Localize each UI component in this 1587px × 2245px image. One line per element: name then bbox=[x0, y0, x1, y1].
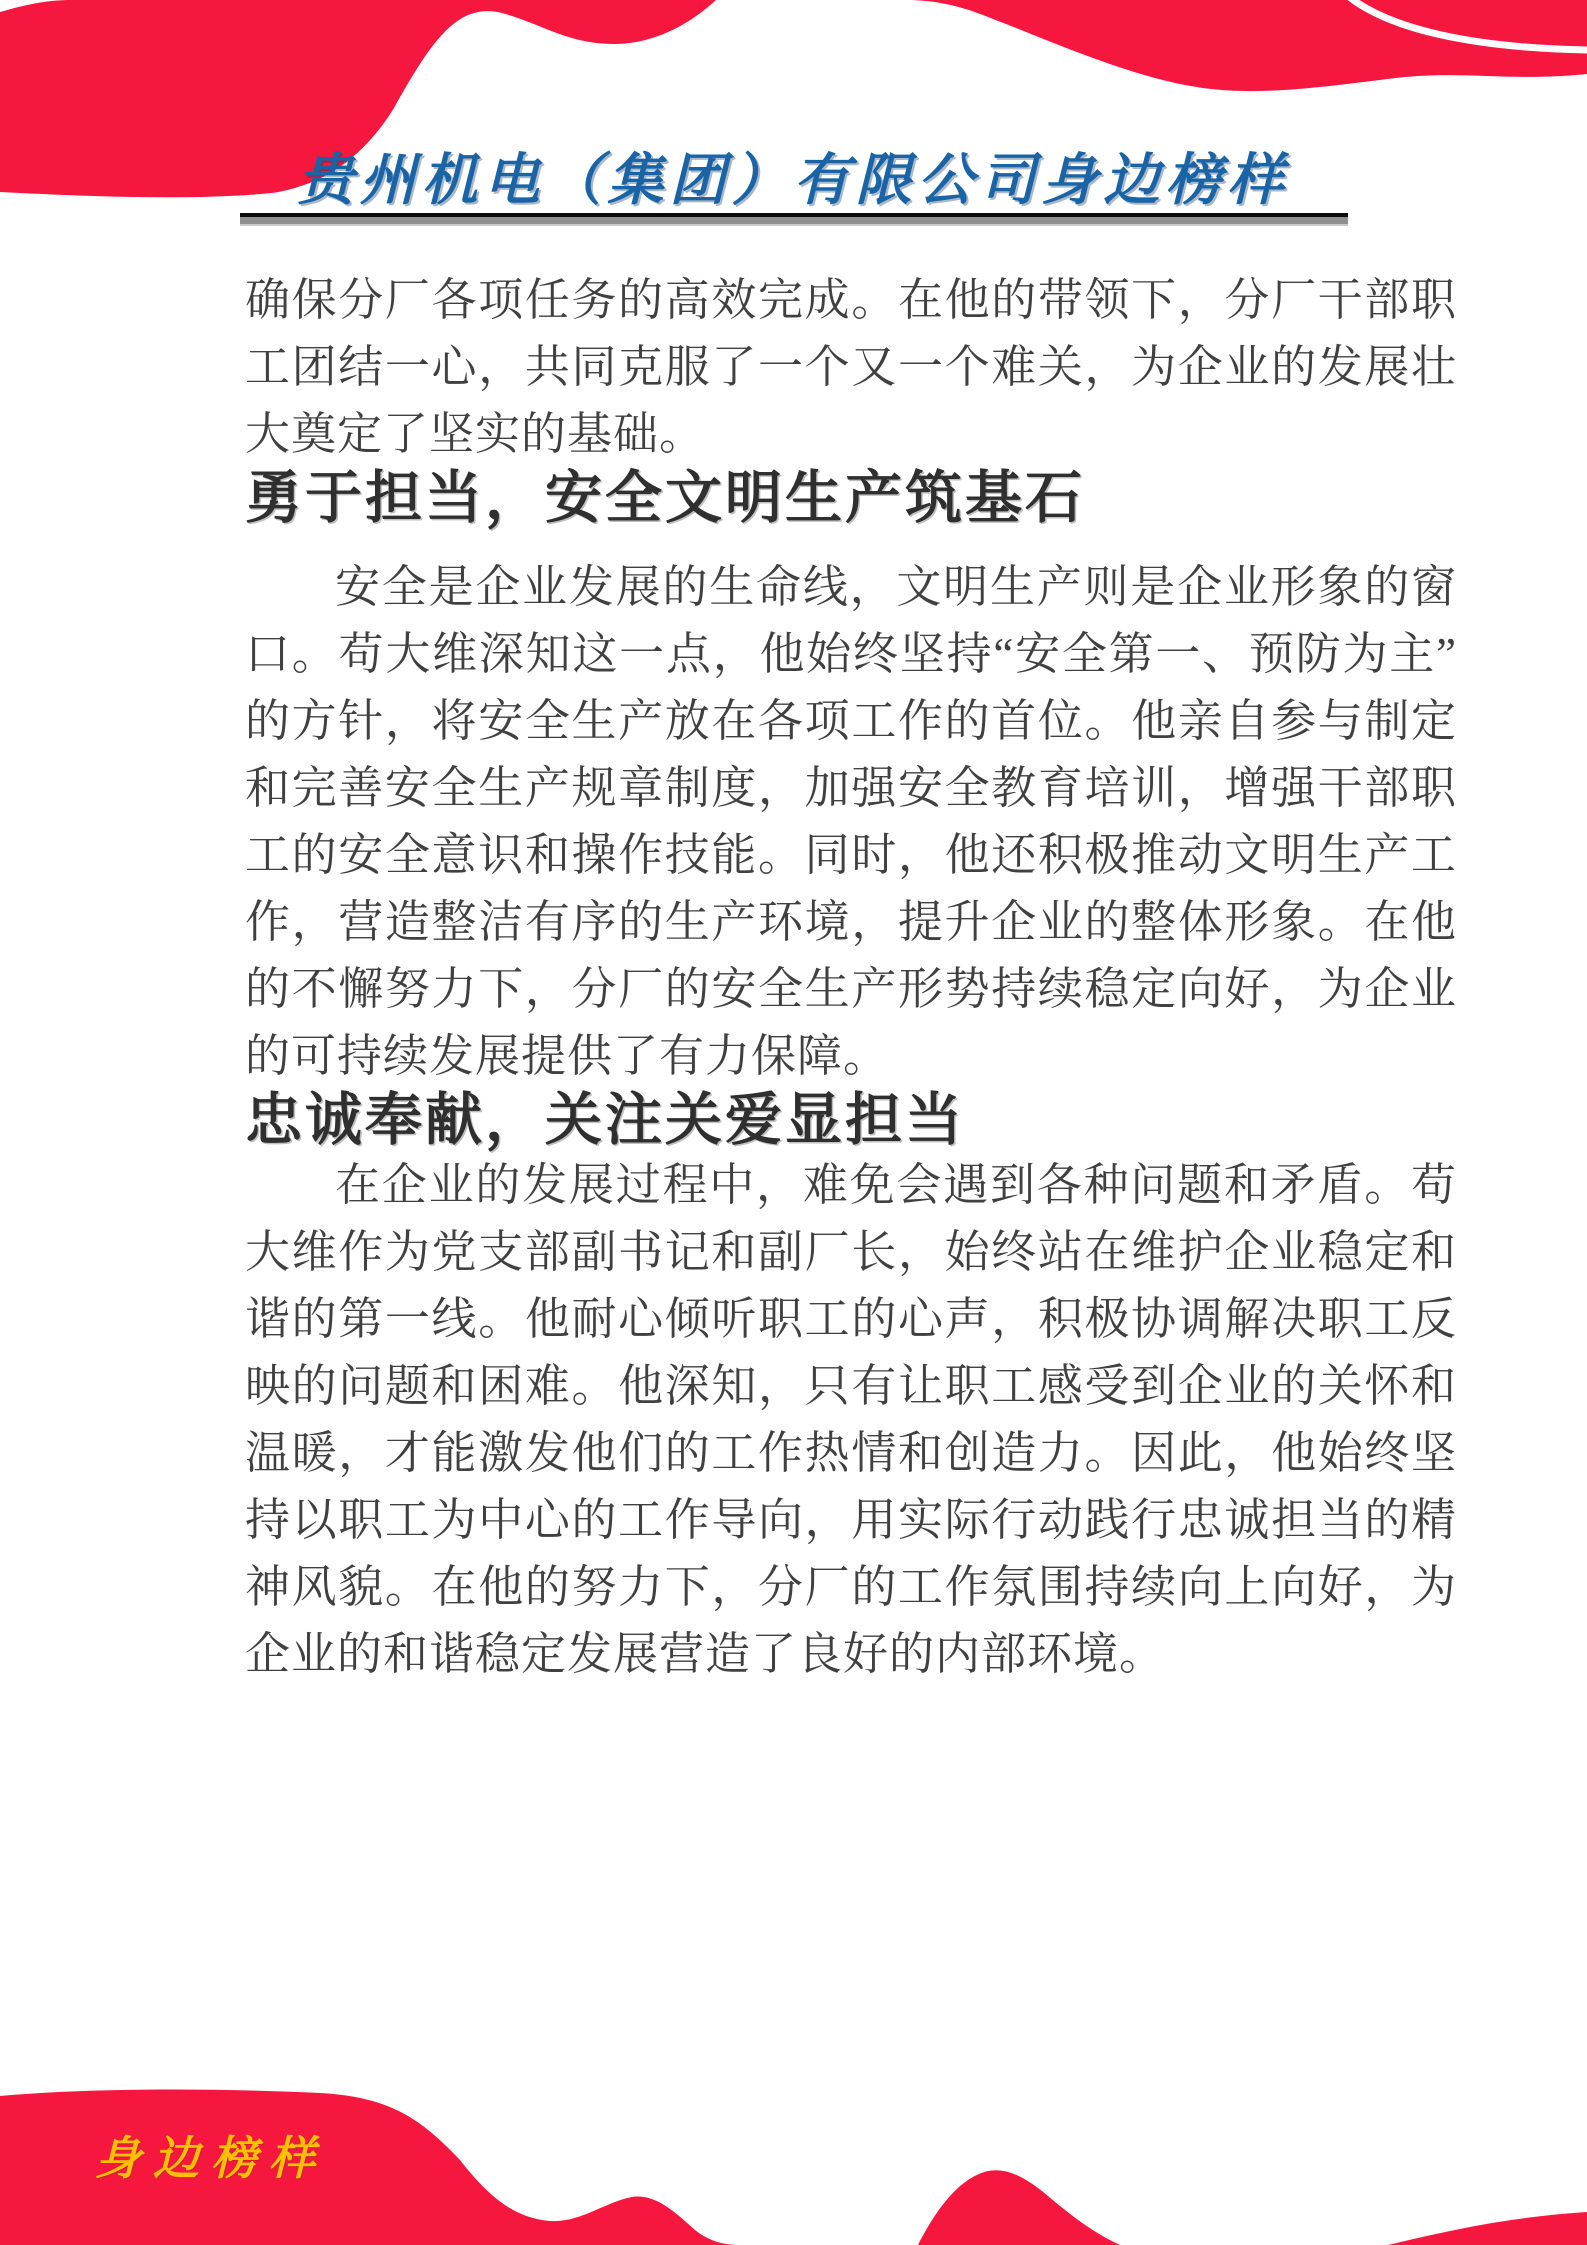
document-page: 贵州机电（集团）有限公司身边榜样 确保分厂各项任务的高效完成。在他的带领下，分厂… bbox=[0, 0, 1587, 2245]
body-line: 的方针，将安全生产放在各项工作的首位。他亲自参与制定 bbox=[245, 688, 1457, 755]
divider-gray-bar bbox=[240, 217, 1348, 226]
bottom-middle-hump-shape bbox=[918, 2170, 1120, 2245]
body-line: 和完善安全生产规章制度，加强安全教育培训，增强干部职 bbox=[245, 755, 1457, 822]
body-line: 在企业的发展过程中，难免会遇到各种问题和矛盾。苟 bbox=[245, 1152, 1457, 1219]
body-line: 大维作为党支部副书记和副厂长，始终站在维护企业稳定和 bbox=[245, 1219, 1457, 1286]
bottom-right-corner-shape bbox=[1388, 2212, 1587, 2245]
page-title: 贵州机电（集团）有限公司身边榜样 bbox=[0, 136, 1587, 216]
body-line: 的可持续发展提供了有力保障。 bbox=[245, 1023, 1457, 1090]
body-line: 大奠定了坚实的基础。 bbox=[245, 401, 1457, 468]
body-line: 工的安全意识和操作技能。同时，他还积极推动文明生产工 bbox=[245, 822, 1457, 889]
article-body: 确保分厂各项任务的高效完成。在他的带领下，分厂干部职工团结一心，共同克服了一个又… bbox=[245, 267, 1457, 1688]
body-line: 的不懈努力下，分厂的安全生产形势持续稳定向好，为企业 bbox=[245, 956, 1457, 1023]
body-line: 神风貌。在他的努力下，分厂的工作氛围持续向上向好，为 bbox=[245, 1554, 1457, 1621]
body-line: 确保分厂各项任务的高效完成。在他的带领下，分厂干部职 bbox=[245, 267, 1457, 334]
body-line: 谐的第一线。他耐心倾听职工的心声，积极协调解决职工反 bbox=[245, 1286, 1457, 1353]
body-line: 工团结一心，共同克服了一个又一个难关，为企业的发展壮 bbox=[245, 334, 1457, 401]
section-heading: 勇于担当，安全文明生产筑基石 bbox=[245, 468, 1457, 530]
body-line: 企业的和谐稳定发展营造了良好的内部环境。 bbox=[245, 1621, 1457, 1688]
footer-badge: 身边榜样 bbox=[95, 2122, 327, 2188]
body-line: 口。苟大维深知这一点，他始终坚持“安全第一、预防为主” bbox=[245, 621, 1457, 688]
body-line: 安全是企业发展的生命线，文明生产则是企业形象的窗 bbox=[245, 554, 1457, 621]
body-line: 作，营造整洁有序的生产环境，提升企业的整体形象。在他 bbox=[245, 889, 1457, 956]
section-heading: 忠诚奉献，关注关爱显担当 bbox=[245, 1090, 1457, 1152]
title-divider bbox=[240, 213, 1348, 224]
body-line: 映的问题和困难。他深知，只有让职工感受到企业的关怀和 bbox=[245, 1353, 1457, 1420]
body-line: 温暖，才能激发他们的工作热情和创造力。因此，他始终坚 bbox=[245, 1420, 1457, 1487]
body-line: 持以职工为中心的工作导向，用实际行动践行忠诚担当的精 bbox=[245, 1487, 1457, 1554]
